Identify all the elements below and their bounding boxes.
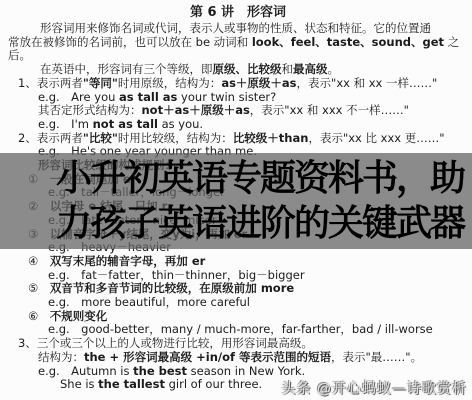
doc-text-segment: ，表示"xx 和 xxx 不一样……" <box>250 103 409 117</box>
doc-text-segment: as＋原级＋as <box>221 76 296 90</box>
doc-text-segment: e.g. fat－fatter，thin－thinner，big－bigger <box>48 268 305 282</box>
worksheet-page: 第 6 讲 形容词 形容词用来修饰名词或代词，表示人或事物的性质、状态和特征。它… <box>0 0 472 400</box>
doc-line: ⑤ 双音节和多音节词的比较级，在原级前加 more <box>8 282 468 296</box>
doc-line: 2、表示两者"比较"时用比较级，结构为：比较级＋than，表示"xx 比 xxx… <box>8 132 468 146</box>
doc-text-segment: She is <box>60 377 98 391</box>
page-title: 第 6 讲 形容词 <box>8 4 468 22</box>
doc-text-segment: 双写末尾的辅音字母，再加 er <box>50 254 205 268</box>
doc-text-segment: 最高级 <box>293 62 328 76</box>
doc-text-segment: 形容词用来修饰名词或代词，表示人或事物的性质、状态和特征。它的位置通 <box>40 21 431 35</box>
doc-text-segment: 时用原级，结构为： <box>118 76 222 90</box>
doc-line: e.g. I'm not as tall as you. <box>8 118 468 132</box>
doc-line: e.g. Autumn is the best season in New Yo… <box>8 365 468 379</box>
doc-line: e.g. fat－fatter，thin－thinner，big－bigger <box>8 269 468 283</box>
doc-text-segment: ④ <box>28 254 50 268</box>
doc-line: ④ 双写末尾的辅音字母，再加 er <box>8 255 468 269</box>
doc-text-segment: look、feel、taste、sound、get <box>252 35 444 49</box>
doc-text-segment: e.g. Autumn is <box>38 364 133 378</box>
doc-text-segment: as you. <box>158 117 203 131</box>
doc-text-segment: 常放在被修饰的名词前，也可以放在 be 动词和 <box>8 35 252 49</box>
doc-text-segment: e.g. more beautiful，more careful <box>48 295 250 309</box>
doc-text-segment: 3、三个或三个以上的人或物进行比较，用形容词最高级。 <box>18 336 313 350</box>
doc-text-segment: e.g. I'm <box>38 117 93 131</box>
doc-text-segment: 时用比较级，结构为： <box>118 131 233 145</box>
doc-text-segment: e.g. good-better，many / much-more，far-fa… <box>48 322 433 336</box>
doc-text-segment: 后。 <box>8 48 31 62</box>
doc-line: ⑥ 不规则变化 <box>8 310 468 324</box>
doc-text-segment: 2、表示两者 <box>18 131 83 145</box>
doc-text-segment: ，表示"xx 比 xxx 更……" <box>308 131 444 145</box>
doc-line: 在英语中，形容词有三个等级，即原级、比较级和最高级。 <box>8 63 468 77</box>
doc-line: 后。 <box>8 49 468 63</box>
doc-text-segment: the + 形容词最高级 +in/of 等表示范围的短语 <box>84 350 331 364</box>
doc-line: e.g. more beautiful，more careful <box>8 296 468 310</box>
doc-line: 其否定形式结构为：not＋as＋原级＋as，表示"xx 和 xxx 不一样……" <box>8 104 468 118</box>
doc-line: e.g. Are you as tall as your twin sister… <box>8 91 468 105</box>
doc-line: 形容词用来修饰名词或代词，表示人或事物的性质、状态和特征。它的位置通 <box>8 22 468 36</box>
promo-banner: 小升初英语专题资料书，助 力孩子英语进阶的关键武器 <box>0 153 472 249</box>
doc-text-segment: girl of our three. <box>165 377 262 391</box>
doc-text-segment: "比较" <box>83 131 118 145</box>
doc-text-segment: ，表示"xx 和 xx 一样……" <box>297 76 438 90</box>
doc-text-segment: ⑥ <box>28 309 50 323</box>
doc-text-segment: 不规则变化 <box>50 309 108 323</box>
watermark: 头条 @开心蚂蚁—诗歌赏析 <box>282 378 467 398</box>
doc-line: 常放在被修饰的名词前，也可以放在 be 动词和 look、feel、taste、… <box>8 36 468 50</box>
doc-text-segment: as tall as <box>119 90 177 104</box>
doc-line: 结构为：the + 形容词最高级 +in/of 等表示范围的短语，表示"最……"… <box>8 351 468 365</box>
doc-text-segment: 在英语中，形容词有三个等级，即 <box>40 62 213 76</box>
doc-text-segment: the best <box>133 364 187 378</box>
doc-text-segment: your twin sister? <box>177 90 276 104</box>
doc-text-segment: the tallest <box>98 377 165 391</box>
promo-banner-line1: 小升初英语专题资料书，助 <box>0 156 472 201</box>
doc-text-segment: 原级、比较级 <box>213 62 282 76</box>
doc-text-segment: e.g. Are you <box>38 90 119 104</box>
doc-line: 1、表示两者"等同"时用原级，结构为：as＋原级＋as，表示"xx 和 xx 一… <box>8 77 468 91</box>
doc-text-segment: 之 <box>444 35 459 49</box>
doc-text-segment: 1、表示两者 <box>18 76 83 90</box>
promo-banner-line2: 力孩子英语进阶的关键武器 <box>0 201 472 246</box>
doc-text-segment: season in New York. <box>187 364 305 378</box>
doc-line: e.g. good-better，many / much-more，far-fa… <box>8 323 468 337</box>
doc-line: 3、三个或三个以上的人或物进行比较，用形容词最高级。 <box>8 337 468 351</box>
doc-text-segment: 比较级＋than <box>233 131 309 145</box>
doc-text-segment: "等同" <box>83 76 118 90</box>
doc-text-segment: 和 <box>282 62 294 76</box>
doc-text-segment: not＋as＋原级＋as <box>142 103 250 117</box>
doc-text-segment: not as tall <box>93 117 158 131</box>
doc-text-segment: 双音节和多音节词的比较级，在原级前加 more <box>50 281 294 295</box>
doc-text-segment: 。 <box>328 62 340 76</box>
doc-text-segment: 其否定形式结构为： <box>38 103 142 117</box>
doc-text-segment: ⑤ <box>28 281 50 295</box>
doc-text-segment: 结构为： <box>38 350 84 364</box>
doc-text-segment: ，表示"最……"。 <box>331 350 422 364</box>
